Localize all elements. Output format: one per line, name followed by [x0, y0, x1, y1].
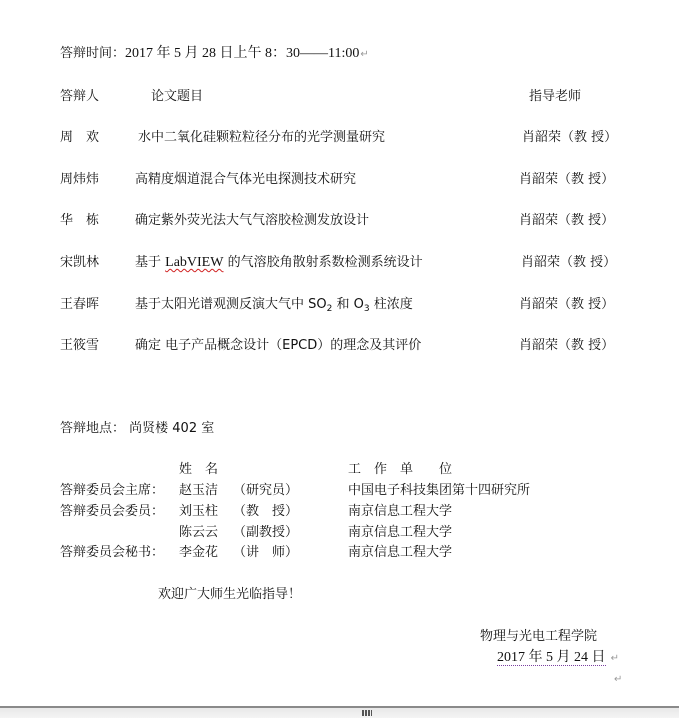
defense-location: 答辩地点： 尚贤楼 402 室 — [60, 421, 214, 437]
committee-role: 答辩委员会秘书： — [60, 545, 164, 561]
header-thesis-title: 论文题目 — [151, 89, 203, 105]
committee-role: 答辩委员会主席： — [60, 483, 164, 499]
header-defender: 答辩人 — [60, 89, 99, 105]
spellcheck-flagged-word[interactable]: LabVIEW — [165, 255, 223, 270]
row-thesis-title: 基于 LabVIEW 的气溶胶角散射系数检测系统设计 — [135, 255, 423, 271]
row-thesis-title: 基于太阳光谱观测反演大气中 SO2 和 O3 柱浓度 — [135, 297, 413, 313]
paragraph-mark-icon: ↵ — [614, 674, 622, 685]
row-defender-name: 周 欢 — [60, 130, 99, 146]
committee-role: 答辩委员会委员： — [60, 504, 164, 520]
row-defender-name: 宋凯林 — [60, 255, 99, 271]
committee-header-unit: 工 作 单 位 — [348, 462, 452, 478]
signature-date: 2017 年 5 月 24 日 — [497, 650, 606, 666]
title-part: 基于太阳光谱观测反演大气中 SO — [135, 297, 327, 312]
row-advisor: 肖韶荣（教 授） — [519, 297, 614, 313]
header-advisor: 指导老师 — [529, 89, 581, 105]
row-thesis-title: 确定紫外荧光法大气气溶胶检测发放设计 — [135, 213, 369, 229]
title-part: 和 O — [332, 297, 364, 312]
committee-rank: （副教授） — [233, 525, 298, 541]
committee-unit: 南京信息工程大学 — [348, 525, 452, 541]
location-label: 答辩地点： — [60, 421, 125, 436]
paragraph-mark-icon: ↵ — [611, 653, 619, 664]
title-part: 柱浓度 — [370, 297, 413, 312]
welcome-message: 欢迎广大师生光临指导！ — [158, 587, 301, 603]
row-advisor: 肖韶荣（教 授） — [519, 338, 614, 354]
committee-name: 刘玉柱 — [179, 504, 218, 520]
committee-unit: 南京信息工程大学 — [348, 545, 452, 561]
defense-time-value: 2017 年 5 月 28 日上午 8：30——11:00 — [125, 46, 359, 61]
committee-rank: （研究员） — [233, 483, 298, 499]
title-part: 基于 — [135, 255, 165, 270]
row-thesis-title: 高精度烟道混合气体光电探测技术研究 — [135, 172, 356, 188]
committee-name: 李金花 — [179, 545, 218, 561]
document-page[interactable]: 答辩时间：2017 年 5 月 28 日上午 8：30——11:00↵ 答辩人 … — [0, 0, 679, 706]
committee-name: 赵玉洁 — [179, 483, 218, 499]
row-defender-name: 周炜炜 — [60, 172, 99, 188]
committee-unit: 中国电子科技集团第十四研究所 — [348, 483, 530, 499]
signature-date-line: 2017 年 5 月 24 日 ↵ — [497, 650, 619, 667]
committee-name: 陈云云 — [179, 525, 218, 541]
paragraph-mark-icon: ↵ — [360, 49, 368, 60]
committee-rank: （讲 师） — [233, 545, 298, 561]
row-defender-name: 王春晖 — [60, 297, 99, 313]
committee-header-name: 姓 名 — [179, 462, 218, 478]
title-part: 的气溶胶角散射系数检测系统设计 — [223, 255, 422, 270]
location-value: 尚贤楼 402 室 — [129, 421, 214, 436]
row-advisor: 肖韶荣（教 授） — [522, 130, 617, 146]
signature-organization: 物理与光电工程学院 — [480, 629, 597, 645]
defense-time-label: 答辩时间： — [60, 46, 125, 61]
drag-grip-icon[interactable] — [362, 710, 372, 716]
row-advisor: 肖韶荣（教 授） — [521, 255, 616, 271]
row-defender-name: 华 栋 — [60, 213, 99, 229]
row-defender-name: 王筱雪 — [60, 338, 99, 354]
defense-time-line: 答辩时间：2017 年 5 月 28 日上午 8：30——11:00↵ — [60, 46, 369, 63]
row-advisor: 肖韶荣（教 授） — [519, 213, 614, 229]
committee-unit: 南京信息工程大学 — [348, 504, 452, 520]
row-thesis-title: 确定 电子产品概念设计（EPCD）的理念及其评价 — [135, 338, 421, 354]
committee-rank: （教 授） — [233, 504, 298, 520]
empty-paragraph: ↵ — [613, 671, 622, 688]
row-advisor: 肖韶荣（教 授） — [519, 172, 614, 188]
row-thesis-title: 水中二氧化硅颗粒粒径分布的光学测量研究 — [138, 130, 385, 146]
horizontal-splitter-bar[interactable] — [0, 706, 679, 718]
